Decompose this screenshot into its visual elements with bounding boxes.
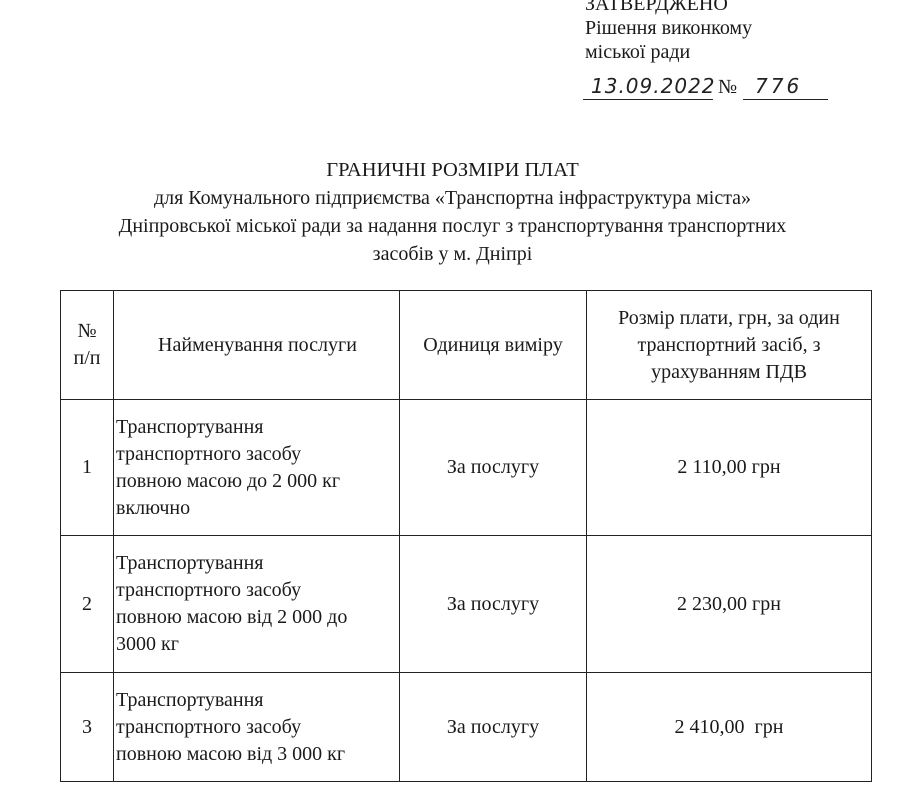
row-service: Транспортування транспортного засобу пов… xyxy=(114,673,400,782)
header-unit: Одиниця виміру xyxy=(400,291,587,400)
title-line-4: засобів у м. Дніпрі xyxy=(0,240,905,268)
table-row: 1 Транспортування транспортного засобу п… xyxy=(61,400,872,536)
approval-decision: Рішення виконкому xyxy=(585,16,752,40)
number-underline xyxy=(743,99,828,100)
header-price: Розмір плати, грн, за один транспортний … xyxy=(587,291,872,400)
table-row: 2 Транспортування транспортного засобу п… xyxy=(61,536,872,673)
row-service: Транспортування транспортного засобу пов… xyxy=(114,400,400,536)
header-service: Найменування послуги xyxy=(114,291,400,400)
row-unit: За послугу xyxy=(400,536,587,673)
title-line-2: для Комунального підприємства «Транспорт… xyxy=(0,184,905,212)
table-header-row: № п/п Найменування послуги Одиниця вимір… xyxy=(61,291,872,400)
row-number: 2 xyxy=(61,536,114,673)
title-heading: ГРАНИЧНІ РОЗМІРИ ПЛАТ xyxy=(0,156,905,184)
approval-heading: ЗАТВЕРДЖЕНО xyxy=(585,0,752,16)
document-title: ГРАНИЧНІ РОЗМІРИ ПЛАТ для Комунального п… xyxy=(0,156,905,268)
decision-date-number: 13.09.2022 № 776 xyxy=(583,72,828,102)
row-price: 2 230,00 грн xyxy=(587,536,872,673)
fees-table: № п/п Найменування послуги Одиниця вимір… xyxy=(60,290,872,782)
row-unit: За послугу xyxy=(400,673,587,782)
row-price: 2 410,00 грн xyxy=(587,673,872,782)
row-unit: За послугу xyxy=(400,400,587,536)
row-number: 1 xyxy=(61,400,114,536)
row-service: Транспортування транспортного засобу пов… xyxy=(114,536,400,673)
table-row: 3 Транспортування транспортного засобу п… xyxy=(61,673,872,782)
row-price: 2 110,00 грн xyxy=(587,400,872,536)
approval-council: міської ради xyxy=(585,40,752,64)
decision-date: 13.09.2022 xyxy=(591,74,716,98)
date-underline xyxy=(583,99,713,100)
row-number: 3 xyxy=(61,673,114,782)
number-sign: № xyxy=(718,76,737,99)
header-number: № п/п xyxy=(61,291,114,400)
title-line-3: Дніпровської міської ради за надання пос… xyxy=(0,212,905,240)
approval-stamp: ЗАТВЕРДЖЕНО Рішення виконкому міської ра… xyxy=(585,0,752,64)
decision-number: 776 xyxy=(755,74,802,98)
